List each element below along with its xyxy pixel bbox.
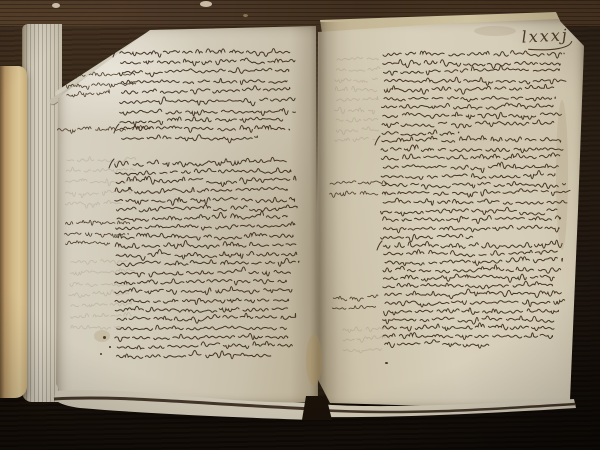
folio-number: lxxxj: [521, 26, 587, 63]
book-gutter-shadow: [290, 22, 352, 408]
folio-number-text: lxxxj: [521, 25, 569, 46]
right-page: [316, 18, 586, 408]
manuscript-photo-scene: lxxxj: [0, 0, 600, 450]
left-page: [56, 24, 318, 404]
parchment-cover-edge: [0, 66, 27, 398]
page-stack-fore-edge: [22, 24, 62, 402]
